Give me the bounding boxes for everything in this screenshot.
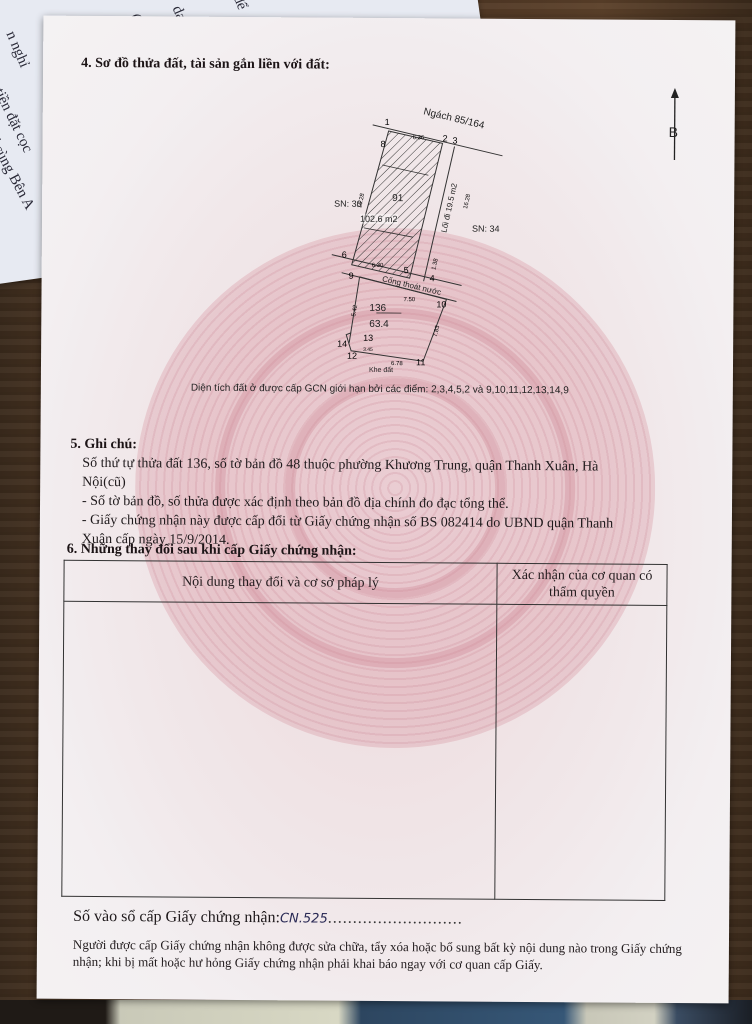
north-arrow: B	[662, 88, 693, 168]
background-text: n nghỉ	[2, 29, 32, 71]
parcel-lower-id: 136	[369, 303, 386, 314]
bottom-background	[0, 1000, 752, 1024]
dimension-label: 3.45	[363, 347, 373, 353]
registry-number-line: Số vào sổ cấp Giấy chứng nhận:CN.525....…	[73, 908, 463, 929]
land-certificate-page: 4. Sơ đồ thửa đất, tài sản gắn liền với …	[37, 16, 736, 1004]
point-label: 11	[416, 357, 425, 367]
point-label: 8	[381, 139, 386, 149]
point-label: 10	[436, 299, 446, 309]
point-label: 5	[404, 265, 409, 275]
neighbor-right-label: SN: 34	[472, 224, 500, 234]
point-label: 2	[443, 133, 448, 143]
note-line: Nội(cũ)	[82, 473, 126, 492]
point-label: 4	[430, 273, 435, 283]
parcel-main-id: 91	[392, 193, 403, 204]
dimension-label: 6.36	[413, 135, 425, 141]
warning-text: Người được cấp Giấy chứng nhận không đượ…	[73, 936, 693, 974]
dimension-label: 6.30	[372, 263, 384, 269]
table-row	[62, 601, 667, 900]
land-parcel-diagram: Ngách 85/164 SN: 30 SN: 34 91 102.6 m2 L…	[291, 102, 633, 404]
dimension-label: 7.50	[403, 297, 415, 303]
point-label: 6	[342, 250, 347, 260]
point-label: 3	[453, 135, 458, 145]
section-5-title: 5. Ghi chú:	[70, 437, 137, 453]
header-authority-confirmation: Xác nhận của cơ quan có thẩm quyền	[497, 563, 667, 605]
background-text: để	[229, 0, 250, 13]
section-4-title: 4. Sơ đồ thửa đất, tài sản gắn liền với …	[81, 56, 330, 74]
dimension-label: 6.78	[391, 361, 403, 367]
registry-dots: ...........................	[328, 910, 463, 928]
change-content-cell	[62, 601, 497, 899]
registry-label: Số vào sổ cấp Giấy chứng nhận:	[73, 908, 280, 926]
section-6-title: 6. Những thay đổi sau khi cấp Giấy chứng…	[67, 542, 357, 560]
north-label: B	[669, 124, 678, 140]
parcel-main-area: 102.6 m2	[360, 214, 398, 224]
bottom-label: Khe đất	[369, 367, 393, 374]
point-label: 1	[385, 117, 390, 127]
parcel-lower-area: 63.4	[369, 319, 389, 330]
registry-value: CN.525	[280, 911, 328, 926]
note-line: Số thứ tự thửa đất 136, số tờ bản đồ 48 …	[82, 454, 598, 477]
changes-table: Nội dung thay đổi và cơ sở pháp lý Xác n…	[61, 560, 667, 901]
point-label: 12	[347, 351, 357, 361]
point-label: 13	[363, 333, 373, 343]
point-label: 14	[337, 339, 347, 349]
area-note: Diện tích đất ở được cấp GCN giới hạn bở…	[191, 383, 569, 397]
header-change-content: Nội dung thay đổi và cơ sở pháp lý	[64, 560, 497, 604]
authority-confirmation-cell	[495, 604, 667, 900]
point-label: 9	[349, 271, 354, 281]
